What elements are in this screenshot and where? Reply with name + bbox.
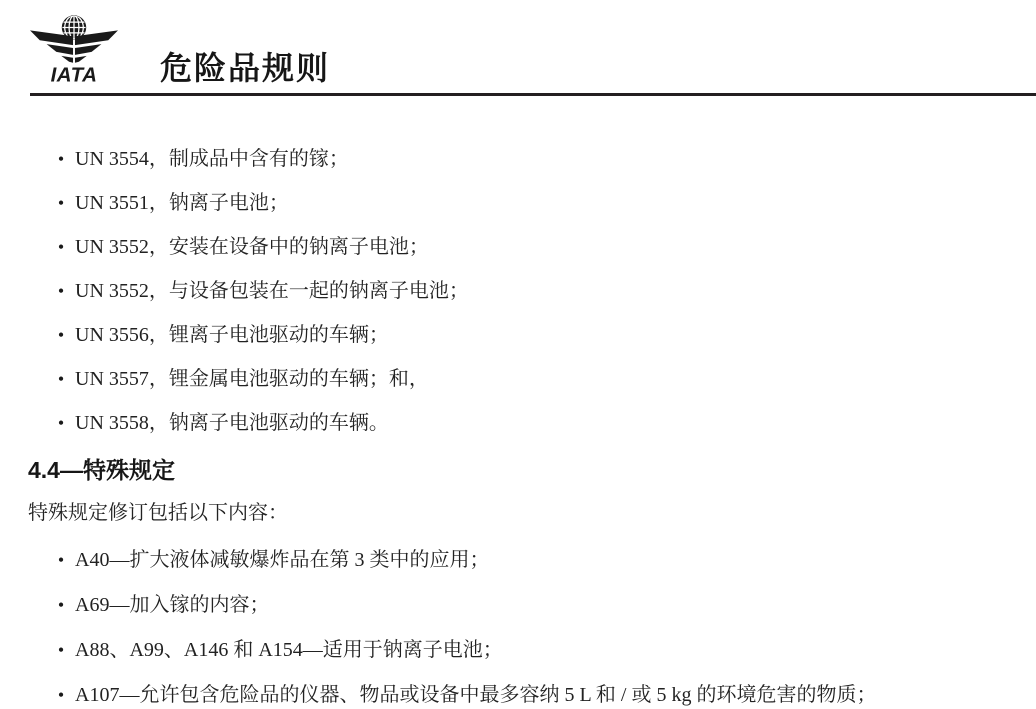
bullet-icon: •	[55, 324, 67, 347]
bullet-icon: •	[55, 368, 67, 391]
iata-logo-text: IATA	[51, 63, 98, 86]
list-item-text: UN 3558，钠离子电池驱动的车辆。	[75, 412, 389, 435]
page-header: IATA 危险品规则	[0, 0, 1036, 86]
bullet-icon: •	[55, 549, 67, 572]
bullet-icon: •	[55, 280, 67, 303]
iata-logo: IATA	[30, 12, 118, 86]
bullet-icon: •	[55, 412, 67, 435]
section-heading: 4.4—特殊规定	[28, 456, 1036, 484]
page-title: 危险品规则	[160, 52, 330, 84]
list-item: •UN 3552，安装在设备中的钠离子电池；	[55, 236, 1036, 259]
list-item: •UN 3557，锂金属电池驱动的车辆；和，	[55, 368, 1036, 391]
bullet-icon: •	[55, 148, 67, 171]
list-item-text: UN 3551，钠离子电池；	[75, 192, 289, 215]
page-content: •UN 3554，制成品中含有的镓； •UN 3551，钠离子电池； •UN 3…	[0, 148, 1036, 707]
list-item-text: UN 3557，锂金属电池驱动的车辆；和，	[75, 368, 429, 391]
list-item-text: UN 3554，制成品中含有的镓；	[75, 148, 349, 171]
un-list: •UN 3554，制成品中含有的镓； •UN 3551，钠离子电池； •UN 3…	[28, 148, 1036, 435]
header-rule	[30, 93, 1036, 96]
bullet-icon: •	[55, 236, 67, 259]
list-item-text: A40—扩大液体减敏爆炸品在第 3 类中的应用；	[75, 549, 489, 572]
bullet-icon: •	[55, 594, 67, 617]
list-item: •A107—允许包含危险品的仪器、物品或设备中最多容纳 5 L 和 / 或 5 …	[55, 684, 1036, 707]
bullet-icon: •	[55, 639, 67, 662]
bullet-icon: •	[55, 684, 67, 707]
bullet-icon: •	[55, 192, 67, 215]
list-item: •UN 3558，钠离子电池驱动的车辆。	[55, 412, 1036, 435]
document-page: IATA 危险品规则 •UN 3554，制成品中含有的镓； •UN 3551，钠…	[0, 0, 1036, 709]
list-item: •A69—加入镓的内容；	[55, 594, 1036, 617]
special-provisions-list: •A40—扩大液体减敏爆炸品在第 3 类中的应用； •A69—加入镓的内容； •…	[28, 549, 1036, 707]
list-item-text: A88、A99、A146 和 A154—适用于钠离子电池；	[75, 639, 503, 662]
list-item: •UN 3554，制成品中含有的镓；	[55, 148, 1036, 171]
list-item-text: UN 3552，安装在设备中的钠离子电池；	[75, 236, 429, 259]
section-intro: 特殊规定修订包括以下内容：	[28, 502, 1036, 525]
list-item-text: A69—加入镓的内容；	[75, 594, 269, 617]
list-item: •UN 3556，锂离子电池驱动的车辆；	[55, 324, 1036, 347]
list-item-text: UN 3552，与设备包装在一起的钠离子电池；	[75, 280, 469, 303]
list-item-text: UN 3556，锂离子电池驱动的车辆；	[75, 324, 389, 347]
list-item: •A88、A99、A146 和 A154—适用于钠离子电池；	[55, 639, 1036, 662]
list-item: •UN 3552，与设备包装在一起的钠离子电池；	[55, 280, 1036, 303]
list-item-text: A107—允许包含危险品的仪器、物品或设备中最多容纳 5 L 和 / 或 5 k…	[75, 684, 876, 707]
list-item: •UN 3551，钠离子电池；	[55, 192, 1036, 215]
list-item: •A40—扩大液体减敏爆炸品在第 3 类中的应用；	[55, 549, 1036, 572]
